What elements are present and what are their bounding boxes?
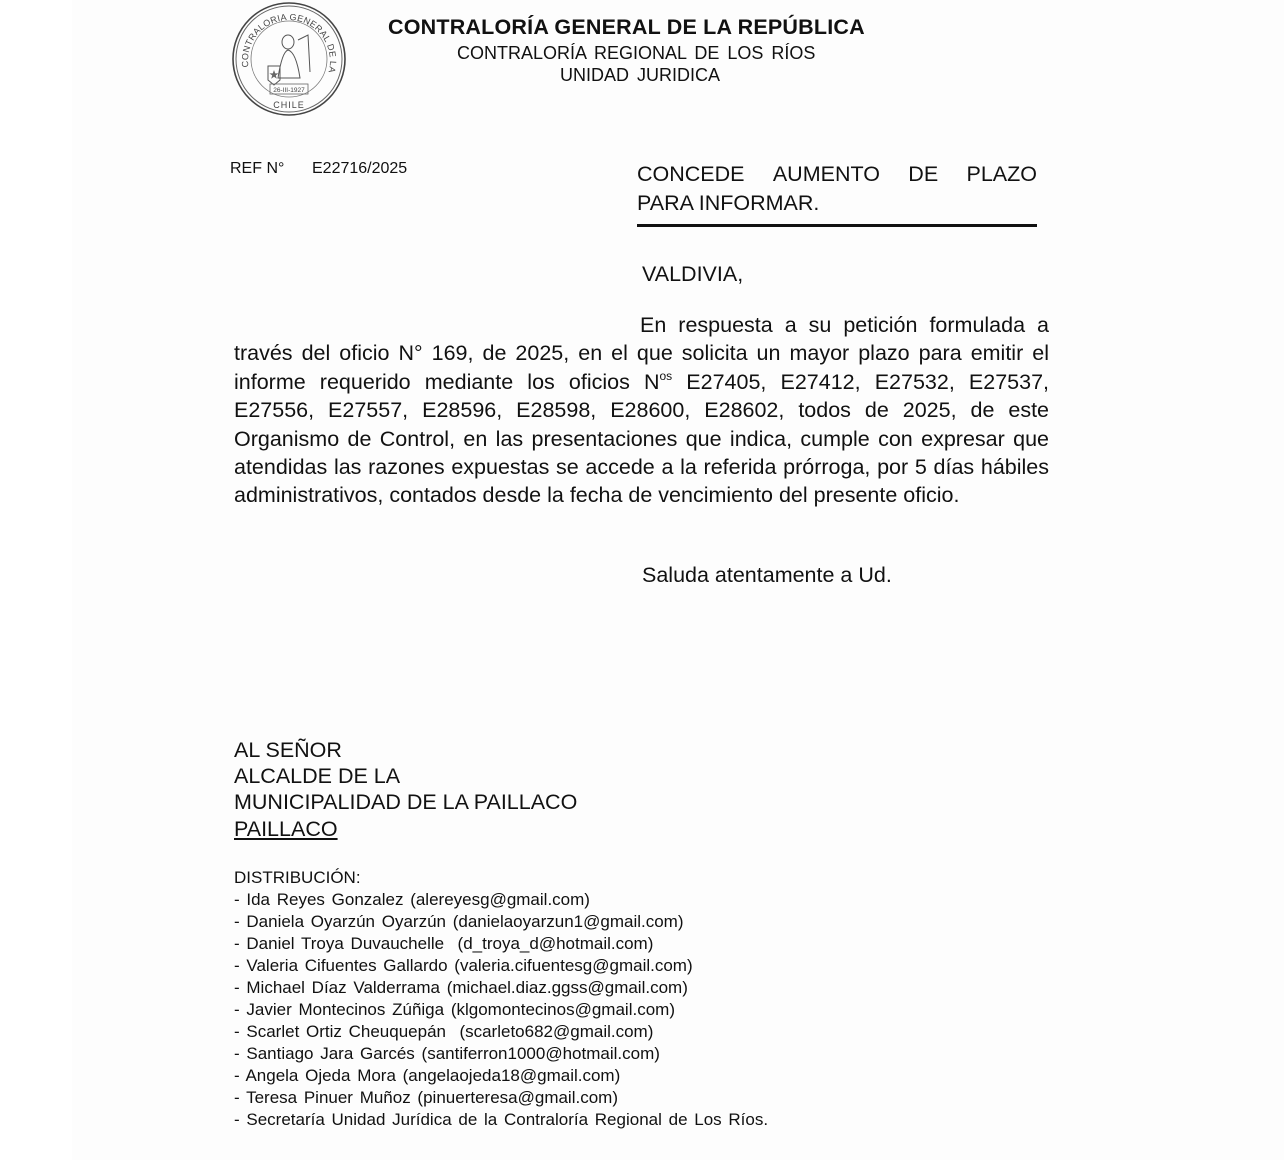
addressee-line: MUNICIPALIDAD DE LA PAILLACO (234, 789, 577, 815)
addressee-city: PAILLACO (234, 816, 577, 842)
distribution-item: - Angela Ojeda Mora (angelaojeda18@gmail… (234, 1065, 768, 1087)
subject-word: PLAZO (967, 160, 1038, 189)
seal-emblem-icon: CONTRALORIA GENERAL DE LA REPUBLICA 26-I… (230, 0, 348, 118)
distribution-item: - Secretaría Unidad Jurídica de la Contr… (234, 1109, 768, 1131)
distribution-item: - Scarlet Ortiz Cheuquepán (scarleto682@… (234, 1021, 768, 1043)
svg-text:26-III-1927: 26-III-1927 (273, 87, 305, 94)
subject-line-2: PARA INFORMAR. (637, 189, 1037, 218)
body-paragraph: En respuesta a su petición formulada a t… (234, 311, 1049, 510)
addressee-line: AL SEÑOR (234, 737, 577, 763)
distribution-item: - Teresa Pinuer Muñoz (pinuerteresa@gmai… (234, 1087, 768, 1109)
unit-name: UNIDAD JURIDICA (560, 65, 720, 86)
distribution-item: - Daniela Oyarzún Oyarzún (danielaoyarzu… (234, 911, 768, 933)
subject-word: AUMENTO (773, 160, 880, 189)
subject-word: DE (908, 160, 938, 189)
distribution-item: - Daniel Troya Duvauchelle (d_troya_d@ho… (234, 933, 768, 955)
distribution-items: - Ida Reyes Gonzalez (alereyesg@gmail.co… (234, 889, 768, 1131)
distribution-item: - Javier Montecinos Zúñiga (klgomontecin… (234, 999, 768, 1021)
city-dateline: VALDIVIA, (642, 262, 743, 287)
distribution-item: - Santiago Jara Garcés (santiferron1000@… (234, 1043, 768, 1065)
distribution-list: DISTRIBUCIÓN: - Ida Reyes Gonzalez (aler… (234, 867, 768, 1131)
reference-label: REF N° (230, 160, 284, 178)
regional-office: CONTRALORÍA REGIONAL DE LOS RÍOS (457, 43, 815, 64)
subject-line-1: CONCEDE AUMENTO DE PLAZO (637, 160, 1037, 189)
subject-word: CONCEDE (637, 160, 745, 189)
distribution-item: - Michael Díaz Valderrama (michael.diaz.… (234, 977, 768, 999)
closing-salutation: Saluda atentamente a Ud. (642, 563, 892, 588)
distribution-item: - Ida Reyes Gonzalez (alereyesg@gmail.co… (234, 889, 768, 911)
institution-title: CONTRALORÍA GENERAL DE LA REPÚBLICA (388, 15, 865, 40)
addressee-line: ALCALDE DE LA (234, 763, 577, 789)
svg-text:CHILE: CHILE (273, 100, 305, 110)
clipped-header-note (1040, 0, 1044, 7)
subject-block: CONCEDE AUMENTO DE PLAZO PARA INFORMAR. (637, 160, 1037, 227)
distribution-item: - Valeria Cifuentes Gallardo (valeria.ci… (234, 955, 768, 977)
body-superscript: os (659, 369, 672, 383)
addressee-block: AL SEÑOR ALCALDE DE LA MUNICIPALIDAD DE … (234, 737, 577, 842)
distribution-title: DISTRIBUCIÓN: (234, 867, 768, 889)
reference-number: E22716/2025 (312, 160, 407, 178)
